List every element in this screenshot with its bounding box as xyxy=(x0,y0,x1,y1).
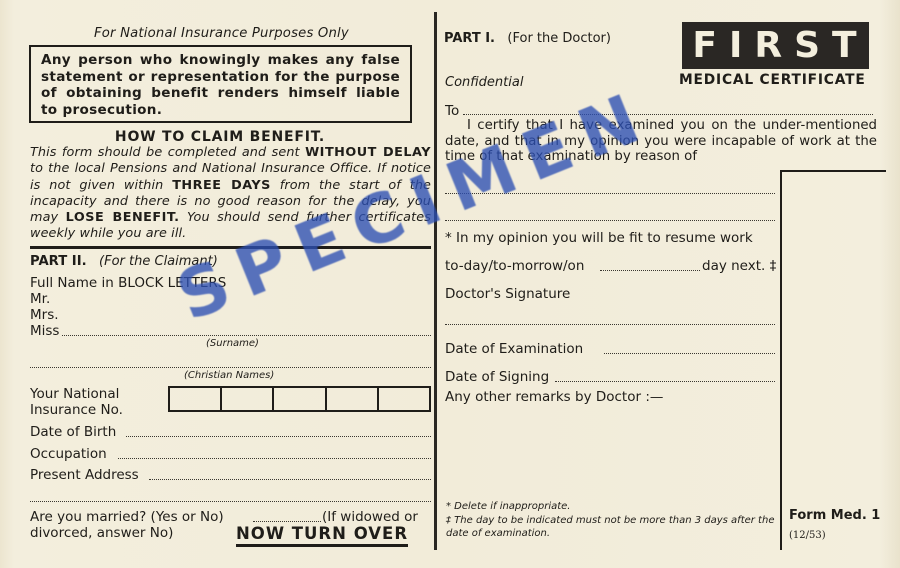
address-label: Present Address xyxy=(30,467,139,483)
married-question-line2: divorced, answer No) xyxy=(30,525,173,541)
form-code: Form Med. 1 xyxy=(789,508,880,523)
ni-box-1[interactable] xyxy=(170,388,222,410)
married-field[interactable] xyxy=(253,521,321,522)
side-box-top-border xyxy=(781,170,886,172)
doctor-signature-field[interactable] xyxy=(445,324,775,325)
other-remarks-field[interactable] xyxy=(445,408,775,498)
how-to-claim-title: HOW TO CLAIM BENEFIT. xyxy=(0,129,440,145)
part2-title: PART II. xyxy=(30,254,87,269)
title-mr: Mr. xyxy=(30,291,50,307)
day-next-text: day next. ‡ xyxy=(702,258,776,274)
title-mrs: Mrs. xyxy=(30,307,59,323)
false-statement-warning-box: Any person who knowingly makes any false… xyxy=(29,45,412,123)
ni-box-2[interactable] xyxy=(222,388,274,410)
without-delay-emphasis: WITHOUT DELAY xyxy=(305,145,431,160)
medical-certificate-title: MEDICAL CERTIFICATE xyxy=(679,72,866,88)
surname-caption: (Surname) xyxy=(206,338,259,349)
title-miss: Miss xyxy=(30,323,59,339)
how-to-claim-text-1: This form should be completed and sent xyxy=(30,145,300,160)
occupation-label: Occupation xyxy=(30,446,107,462)
footnote-day-limit: ‡ The day to be indicated must not be mo… xyxy=(446,514,778,540)
date-of-examination-label: Date of Examination xyxy=(445,341,583,357)
three-days-emphasis: THREE DAYS xyxy=(172,178,271,193)
ni-label-line1: Your National xyxy=(30,386,119,402)
now-turn-over-label: NOW TURN OVER xyxy=(236,524,408,547)
ni-box-5[interactable] xyxy=(379,388,429,410)
reason-field-line2[interactable] xyxy=(445,220,775,221)
christian-names-field[interactable] xyxy=(30,367,431,368)
to-label: To xyxy=(445,103,459,119)
surname-field[interactable] xyxy=(62,335,431,336)
address-field-line2[interactable] xyxy=(30,501,431,502)
fit-options-text: to-day/to-morrow/on xyxy=(445,258,584,274)
perforation-divider xyxy=(434,12,437,550)
address-field-line1[interactable] xyxy=(149,479,431,480)
purpose-header: For National Insurance Purposes Only xyxy=(94,26,349,41)
fit-to-resume-text: * In my opinion you will be fit to resum… xyxy=(445,230,753,246)
date-of-examination-field[interactable] xyxy=(604,353,775,354)
occupation-field[interactable] xyxy=(118,458,431,459)
confidential-label: Confidential xyxy=(445,75,523,90)
side-box-left-border xyxy=(780,170,782,550)
ni-number-boxes xyxy=(168,386,431,412)
ni-box-3[interactable] xyxy=(274,388,326,410)
date-of-signing-field[interactable] xyxy=(555,381,775,382)
footnote-delete: * Delete if inappropriate. xyxy=(446,500,570,513)
part1-heading: PART I. (For the Doctor) xyxy=(444,31,611,46)
part1-title: PART I. xyxy=(444,31,495,46)
dob-label: Date of Birth xyxy=(30,424,116,440)
christian-names-caption: (Christian Names) xyxy=(184,370,274,381)
married-question-tail: (If widowed or xyxy=(322,509,418,525)
ni-label-line2: Insurance No. xyxy=(30,402,123,418)
warning-text: Any person who knowingly makes any false… xyxy=(41,52,400,118)
date-of-signing-label: Date of Signing xyxy=(445,369,549,385)
married-question: Are you married? (Yes or No) xyxy=(30,509,224,525)
doctor-signature-label: Doctor's Signature xyxy=(445,286,570,302)
resume-day-field[interactable] xyxy=(600,270,700,271)
other-remarks-label: Any other remarks by Doctor :— xyxy=(445,389,663,405)
part1-subtitle: (For the Doctor) xyxy=(507,31,611,46)
form-print-date: (12/53) xyxy=(789,530,826,541)
lose-benefit-emphasis: LOSE BENEFIT. xyxy=(66,210,180,225)
first-badge: FIRST xyxy=(682,22,869,69)
dob-field[interactable] xyxy=(126,436,431,437)
ni-box-4[interactable] xyxy=(327,388,379,410)
to-field[interactable] xyxy=(463,114,873,115)
